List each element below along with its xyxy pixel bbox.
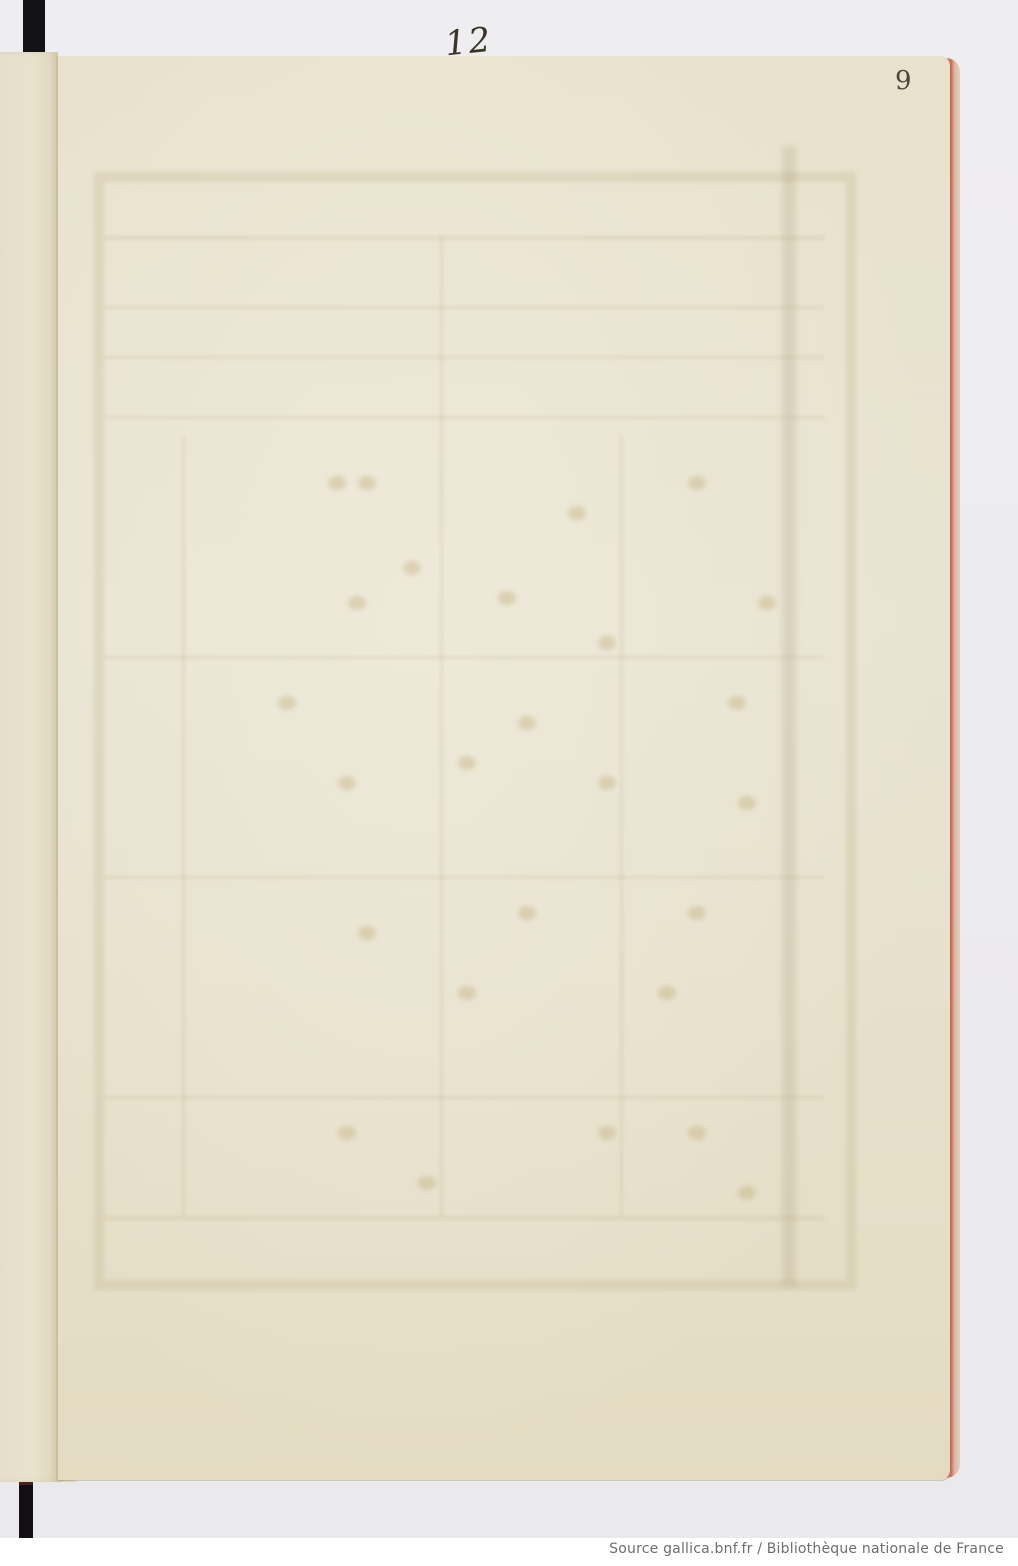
show-through-rule [104,416,824,419]
folio-number: 9 [895,66,912,96]
bookmark-ribbon-bottom [19,1482,33,1543]
show-through-column-rule [182,436,185,1216]
pencil-annotation: 12 [443,20,494,65]
show-through-ornament [328,476,346,490]
show-through-ornament [738,796,756,810]
source-credit: Source gallica.bnf.fr / Bibliothèque nat… [609,1541,1004,1557]
show-through-column-rule [440,236,443,1216]
show-through-ornament [518,906,536,920]
show-through-ornament [688,906,706,920]
show-through-ornament [568,506,586,520]
show-through-ornament [338,776,356,790]
show-through-rule [104,656,824,659]
show-through-rule [104,1216,824,1220]
show-through-column-rule [620,436,623,1216]
show-through-ornament [658,986,676,1000]
show-through-rule [104,876,824,879]
show-through-ornament [358,476,376,490]
show-through-ornament [458,986,476,1000]
show-through-ornament [598,636,616,650]
show-through-ornament [278,696,296,710]
show-through-ornament [688,476,706,490]
show-through-frame [94,172,856,1290]
show-through-ornament [458,756,476,770]
show-through-rule [104,236,824,240]
show-through-ornament [418,1176,436,1190]
show-through-ornament [358,926,376,940]
show-through-ornament [758,596,776,610]
show-through-ornament [403,561,421,575]
bookmark-ribbon-top [23,0,45,54]
show-through-ornament [518,716,536,730]
show-through-ornament [348,596,366,610]
show-through-ornament [338,1126,356,1140]
show-through-ornament [598,1126,616,1140]
show-through-ornament [598,776,616,790]
show-through-ornament [688,1126,706,1140]
show-through-frame-right-border [782,146,796,1286]
show-through-rule [104,1096,824,1099]
left-page-edge [0,52,58,1482]
show-through-ornament [738,1186,756,1200]
show-through-ornament [728,696,746,710]
show-through-rule [104,356,824,359]
book-page [58,56,950,1480]
show-through-ornament [498,591,516,605]
show-through-rule [104,306,824,309]
